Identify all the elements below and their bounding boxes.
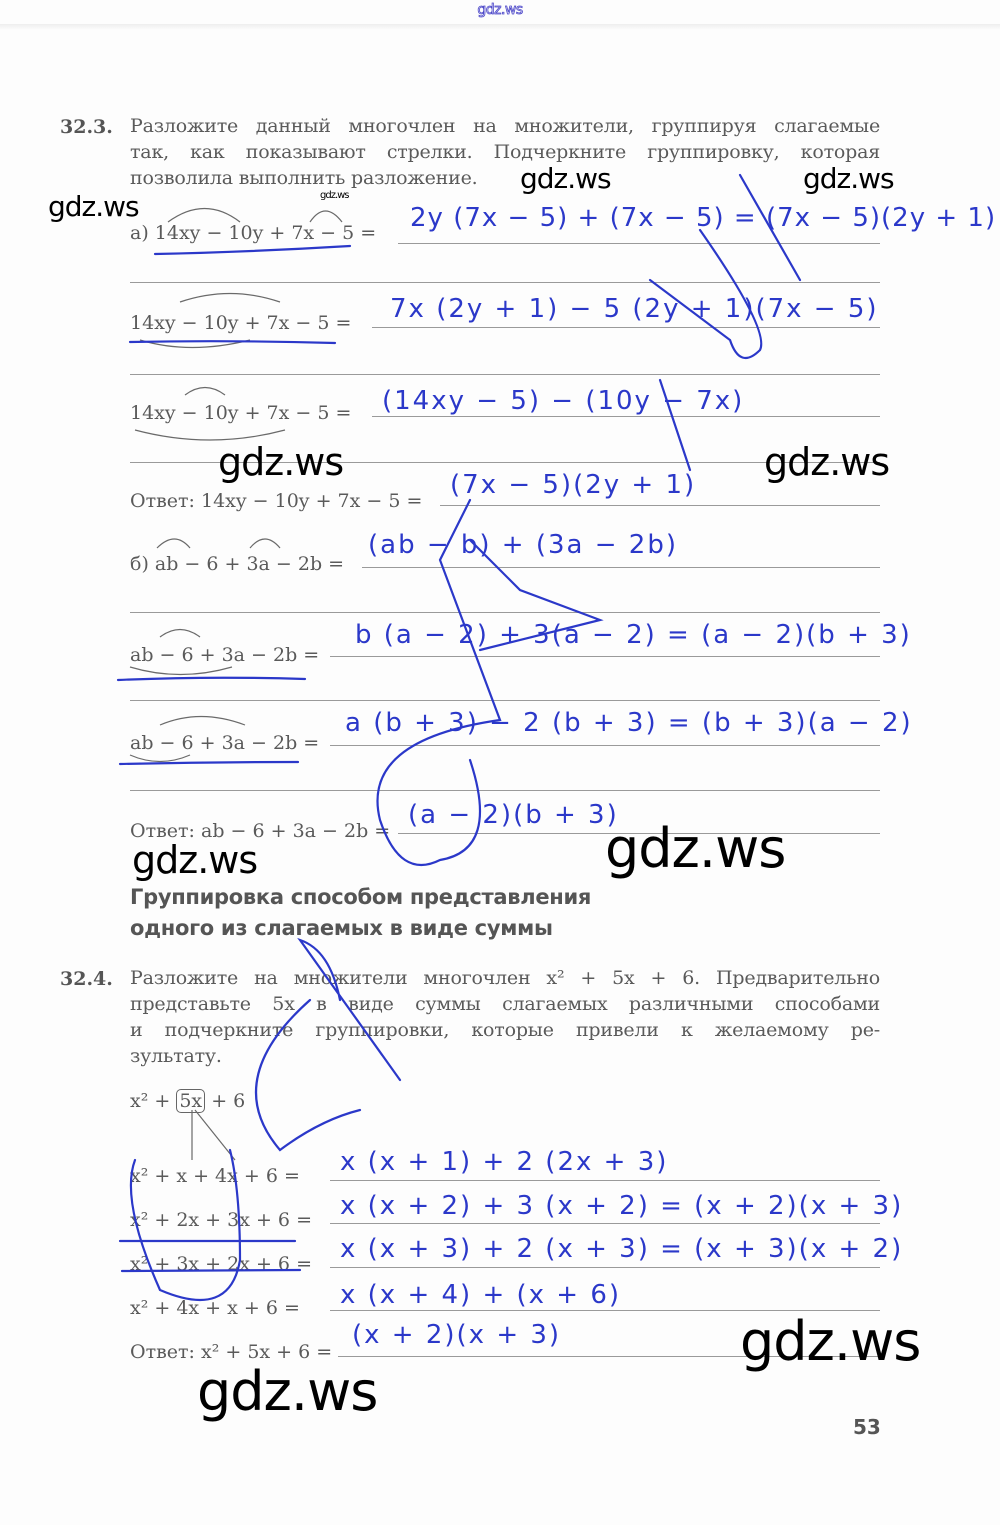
- prompt-line: представьте 5x в виде суммы слагаемых ра…: [130, 991, 880, 1017]
- watermark: gdz.ws: [740, 1310, 920, 1373]
- arc-arrow: [250, 539, 280, 548]
- watermark: gdz.ws: [605, 817, 785, 880]
- arc-arrow: [130, 667, 232, 675]
- answer-line: [372, 416, 880, 417]
- section-title-line: Группировка способом представления: [130, 882, 591, 913]
- answer-line: [372, 327, 880, 328]
- prompt-line: позволила выполнить разложение.: [130, 165, 880, 191]
- handwritten-answer-32-4-3[interactable]: x (x + 3) + 2 (x + 3) = (x + 3)(x + 2): [340, 1234, 903, 1264]
- watermark: gdz.ws: [764, 440, 889, 484]
- prompt-line: и подчеркните группировки, которые приве…: [130, 1017, 880, 1043]
- prompt-line: Разложите данный многочлен на множители,…: [130, 113, 880, 139]
- blank-line: [130, 374, 880, 375]
- task-32-3-prompt: Разложите данный многочлен на множители,…: [130, 113, 880, 191]
- answer-label: Ответ:: [130, 1341, 195, 1363]
- blank-line: [130, 612, 880, 613]
- handwritten-answer-32-4-1[interactable]: x (x + 1) + 2 (2x + 3): [340, 1147, 668, 1177]
- task-32-4-prompt: Разложите на множители многочлен x² + 5x…: [130, 965, 880, 1069]
- arc-arrow: [135, 430, 285, 440]
- watermark: gdz.ws: [197, 1360, 377, 1423]
- answer-line: [330, 745, 880, 746]
- arc-arrow: [180, 294, 280, 303]
- arc-arrow: [160, 717, 245, 726]
- handwritten-answer-a-1[interactable]: 2y (7x − 5) + (7x − 5) = (7x − 5)(2y + 1…: [410, 203, 996, 233]
- arc-arrow: [310, 211, 342, 222]
- prompt-line: зультату.: [130, 1043, 880, 1069]
- answer-line: [330, 656, 880, 657]
- answer-expression-a: Ответ: 14xy − 10y + 7x − 5 =: [130, 490, 422, 512]
- down-arrow: [195, 1110, 235, 1160]
- arc-arrow: [140, 340, 250, 348]
- watermark: gdz.ws: [48, 190, 139, 223]
- expression-b-1: б) ab − 6 + 3a − 2b =: [130, 553, 344, 575]
- expression-32-4-3: x² + 3x + 2x + 6 =: [130, 1253, 312, 1275]
- section-title-line: одного из слагаемых в виде суммы: [130, 913, 591, 944]
- section-title: Группировка способом представления одног…: [130, 882, 591, 944]
- handwritten-answer-32-4-2[interactable]: x (x + 2) + 3 (x + 2) = (x + 2)(x + 3): [340, 1191, 903, 1221]
- boxed-term: 5x: [176, 1089, 205, 1113]
- expression-b-2: ab − 6 + 3a − 2b =: [130, 644, 319, 666]
- handwritten-final-32-4[interactable]: (x + 2)(x + 3): [352, 1320, 561, 1350]
- watermark: gdz.ws: [218, 440, 343, 484]
- expression-32-4-1: x² + x + 4x + 6 =: [130, 1165, 300, 1187]
- expression-32-4-2: x² + 2x + 3x + 6 =: [130, 1209, 312, 1231]
- handwritten-answer-32-4-4[interactable]: x (x + 4) + (x + 6): [340, 1280, 621, 1310]
- watermark: gdz.ws: [520, 162, 611, 195]
- expression-b-3: ab − 6 + 3a − 2b =: [130, 732, 319, 754]
- handwritten-final-b[interactable]: (a − 2)(b + 3): [408, 800, 619, 830]
- handwritten-answer-b-2[interactable]: b (a − 2) + 3(a − 2) = (a − 2)(b + 3): [355, 620, 912, 650]
- expression-a-1: а) 14xy − 10y + 7x − 5 =: [130, 222, 376, 244]
- task-number-32-3: 32.3.: [60, 116, 113, 138]
- source-term: x² +: [130, 1090, 176, 1112]
- handwritten-answer-b-3[interactable]: a (b + 3) − 2 (b + 3) = (b + 3)(a − 2): [345, 708, 913, 738]
- arc-arrow: [157, 539, 190, 548]
- blank-line: [130, 790, 880, 791]
- handwritten-answer-a-3[interactable]: (14xy − 5) − (10y − 7x): [382, 386, 744, 416]
- answer-line: [362, 567, 880, 568]
- answer-line: [398, 243, 880, 244]
- page-edge: [0, 24, 1000, 30]
- prompt-line: так, как показывают стрелки. Подчеркните…: [130, 139, 880, 165]
- handwritten-answer-b-1[interactable]: (ab − b) + (3a − 2b): [368, 530, 678, 560]
- answer-line: [330, 1223, 880, 1224]
- task-number-32-4: 32.4.: [60, 968, 113, 990]
- answer-line: [440, 505, 880, 506]
- top-watermark: gdz.ws: [0, 2, 1000, 18]
- source-term: + 6: [205, 1090, 245, 1112]
- expression-a-2: 14xy − 10y + 7x − 5 =: [130, 312, 351, 334]
- handwritten-answer-a-2[interactable]: 7x (2y + 1) − 5 (2y + 1)(7x − 5): [390, 294, 879, 324]
- watermark: gdz.ws: [132, 838, 257, 882]
- answer-polynomial: 14xy − 10y + 7x − 5 =: [201, 490, 422, 512]
- expression-a-3: 14xy − 10y + 7x − 5 =: [130, 402, 351, 424]
- expression-32-4-4: x² + 4x + x + 6 =: [130, 1297, 300, 1319]
- handwritten-final-a[interactable]: (7x − 5)(2y + 1): [450, 470, 696, 500]
- blank-line: [130, 700, 880, 701]
- watermark: gdz.ws: [320, 190, 349, 201]
- blank-line: [130, 282, 880, 283]
- source-polynomial: x² + 5x + 6: [130, 1090, 245, 1112]
- watermark: gdz.ws: [803, 162, 894, 195]
- prompt-line: Разложите на множители многочлен x² + 5x…: [130, 965, 880, 991]
- arc-arrow: [130, 755, 190, 762]
- answer-label: Ответ:: [130, 490, 195, 512]
- answer-line: [330, 1180, 880, 1181]
- arc-arrow: [185, 388, 225, 396]
- arc-arrow: [168, 209, 240, 223]
- answer-line: [330, 1267, 880, 1268]
- page-number: 53: [853, 1415, 881, 1439]
- arc-arrow: [160, 630, 200, 638]
